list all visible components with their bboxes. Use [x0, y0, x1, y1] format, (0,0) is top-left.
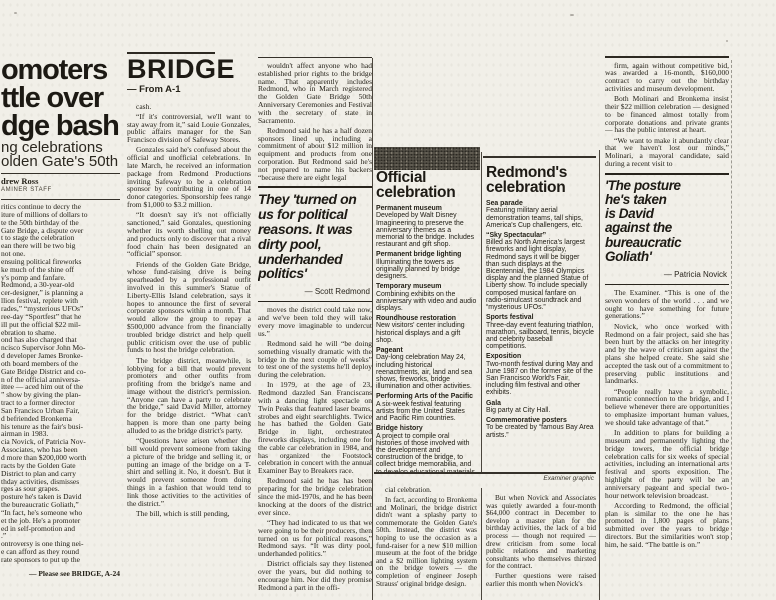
body-paragraph: “It doesn't say it's not officially sanc… — [127, 211, 251, 258]
graphic-item-title: Gala — [486, 400, 594, 407]
pull-quote-text: They 'turned on us for political reasons… — [258, 192, 372, 281]
graphic-item-desc: Illuminating the towers as originally pl… — [376, 259, 477, 281]
vertical-rule — [372, 58, 373, 600]
graphic-item-title: Exposition — [486, 353, 594, 360]
graphic-list-item: Permanent museum Developed by Walt Disne… — [376, 205, 477, 248]
body-paragraph: District officials say they listened ove… — [258, 560, 372, 591]
body-paragraph: Gonzales said he's confused about the of… — [127, 146, 251, 208]
body-paragraph: ritics continue to decry the iture of mi… — [1, 203, 120, 258]
graphic-list-item: Permanent bridge lighting Illuminating t… — [376, 251, 477, 280]
body-paragraph: But when Novick and Associates was quiet… — [486, 494, 596, 570]
body-paragraph: Redmond, a 30-year-old cer-designer,” is… — [1, 281, 120, 336]
main-headline: omoters ttle over dge bash — [1, 56, 120, 140]
graphic-item-title: Sea parade — [486, 200, 594, 207]
graphic-item-title: Permanent bridge lighting — [376, 251, 477, 258]
body-paragraph: Further questions were raised earlier th… — [486, 572, 596, 587]
pull-quote-novick: 'The posture he's taken is David against… — [605, 173, 729, 285]
pull-quote-attribution: — Scott Redmond — [258, 287, 370, 296]
body-paragraph: cash. — [127, 103, 251, 111]
body-paragraph: Redmond said he has has been preparing f… — [258, 477, 372, 516]
body-paragraph: firm, again without competitive bid, was… — [605, 62, 729, 93]
byline: drew Ross — [1, 177, 120, 186]
body-paragraph: ensuing political fireworks ke much of t… — [1, 258, 120, 282]
body-paragraph: Novick, who once worked with Redmond on … — [605, 323, 729, 385]
graphic-item-desc: Featuring military aerial demonstration … — [486, 207, 594, 229]
graphic-item-list: Sea parade Featuring military aerial dem… — [486, 200, 594, 439]
pull-quote-attribution: — Patricia Novick — [605, 270, 727, 279]
column-body-upper: firm, again without competitive bid, was… — [605, 62, 729, 168]
pull-quote-text: 'The posture he's taken is David against… — [605, 179, 729, 264]
scan-speck — [14, 12, 17, 14]
pull-quote-redmond: They 'turned on us for political reasons… — [258, 186, 372, 302]
body-paragraph: The bridge district, meanwhile, is lobby… — [127, 357, 251, 435]
body-paragraph: ontroversy is one thing nei- e can affor… — [1, 540, 120, 564]
body-paragraph: “People really have a symbolic, romantic… — [605, 388, 729, 427]
graphic-list-item: Temporary museum Combining exhibits on t… — [376, 283, 477, 312]
body-paragraph: “If it's controversial, we'll want to st… — [127, 113, 251, 144]
graphic-item-desc: Day-long celebration May 24, including h… — [376, 354, 477, 390]
column-body-lower: The Examiner. “This is one of the seven … — [605, 289, 729, 549]
graphic-item-list: Permanent museum Developed by Walt Disne… — [376, 205, 477, 472]
graphic-item-title: “Sky Spectacular” — [486, 232, 594, 239]
graphic-heading-official: Official celebration — [376, 171, 477, 200]
graphic-item-desc: Combining exhibits on the anniversary wi… — [376, 291, 477, 313]
headline-deck: ng celebrations olden Gate's 50th — [1, 141, 120, 168]
vertical-rule — [599, 150, 600, 600]
graphic-list-item: Sea parade Featuring military aerial dem… — [486, 200, 594, 229]
graphic-list-item: Exposition Two-month festival during May… — [486, 353, 594, 396]
body-paragraph: “We want to make it abundantly clear tha… — [605, 137, 729, 168]
body-paragraph: wouldn't affect anyone who had establish… — [258, 62, 372, 124]
graphic-item-title: Bridge history — [376, 425, 477, 432]
graphic-item-desc: To be created by “famous Bay Area artist… — [486, 424, 594, 438]
body-paragraph: According to Redmond, the official plan … — [605, 502, 729, 549]
body-paragraph: posture he's taken is David the bureaucr… — [1, 493, 120, 540]
body-paragraph: In fact, according to Bronkema and Molin… — [376, 496, 477, 587]
byline-organization: AMINER STAFF — [1, 187, 120, 194]
article-column: wouldn't affect anyone who had establish… — [258, 57, 372, 600]
vertical-rule — [481, 152, 482, 472]
graphic-item-title: Permanent museum — [376, 205, 477, 212]
body-paragraph: In 1979, at the age of 23, Redmond dazzl… — [258, 381, 372, 475]
body-paragraph: “Questions have arisen whether the bill … — [127, 437, 251, 507]
body-paragraph: The bill, which is still pending, — [127, 510, 251, 518]
graphic-item-title: Temporary museum — [376, 283, 477, 290]
body-paragraph: Both Molinari and Bronkema insist their … — [605, 95, 729, 134]
horizontal-rule — [605, 56, 729, 58]
body-paragraph: ond has also charged that ncisco Supervi… — [1, 336, 120, 438]
newspaper-page: omoters ttle over dge bash ng celebratio… — [0, 0, 776, 600]
graphic-official-celebration: Official celebration Permanent museum De… — [376, 171, 477, 472]
body-paragraph: cial celebration. — [376, 486, 477, 494]
scan-speck — [570, 14, 574, 16]
graphic-list-item: Commemorative posters To be created by “… — [486, 417, 594, 439]
body-paragraph: Redmond said he has a half dozen sponsor… — [258, 127, 372, 182]
column-five-continuation: But when Novick and Associates was quiet… — [486, 494, 596, 600]
jump-from-line: — From A-1 — [127, 85, 251, 95]
body-paragraph: cia Novick, of Patricia Nov- Associates,… — [1, 438, 120, 493]
graphic-item-title: Pageant — [376, 347, 477, 354]
graphic-item-title: Roundhouse restoration — [376, 315, 477, 322]
graphic-item-title: Sports festival — [486, 314, 594, 321]
graphic-redmond-celebration: Redmond's celebration Sea parade Featuri… — [486, 166, 594, 466]
column-body: ritics continue to decry the iture of mi… — [1, 203, 120, 564]
jump-article-column: BRIDGE — From A-1 cash.“If it's controve… — [127, 52, 251, 600]
lead-article-column: omoters ttle over dge bash ng celebratio… — [1, 56, 120, 600]
body-paragraph: The Examiner. “This is one of the seven … — [605, 289, 729, 320]
horizontal-rule — [1, 199, 120, 200]
graphic-item-desc: A project to compile oral histories of t… — [376, 433, 477, 472]
graphic-credit: Examiner graphic — [470, 475, 594, 483]
graphic-item-desc: Big party at City Hall. — [486, 407, 594, 414]
column-body: cash.“If it's controversial, we'll want … — [127, 103, 251, 518]
graphic-list-item: Pageant Day-long celebration May 24, inc… — [376, 347, 477, 390]
column-body-upper: wouldn't affect anyone who had establish… — [258, 62, 372, 181]
graphic-item-desc: A six-week festival featuring artists fr… — [376, 401, 477, 423]
horizontal-rule — [483, 156, 596, 158]
column-four-continuation: cial celebration.In fact, according to B… — [376, 486, 477, 600]
graphic-list-item: “Sky Spectacular” Billed as North Americ… — [486, 232, 594, 311]
body-paragraph: Friends of the Golden Gate Bridge, whose… — [127, 261, 251, 355]
graphic-list-item: Roundhouse restoration New visitors' cen… — [376, 315, 477, 344]
graphic-item-desc: Developed by Walt Disney Imagineering to… — [376, 212, 477, 248]
continuation-line: — Please see BRIDGE, A-24 — [1, 569, 120, 578]
column-body-lower: moves the district could take now, and w… — [258, 306, 372, 591]
body-paragraph: moves the district could take now, and w… — [258, 306, 372, 337]
body-paragraph: In addition to plans for building a muse… — [605, 429, 729, 499]
body-paragraph: “They had indicated to us that we were g… — [258, 519, 372, 558]
graphic-heading-redmond: Redmond's celebration — [486, 166, 594, 195]
vertical-rule-dashed — [731, 60, 733, 540]
horizontal-rule — [374, 472, 596, 474]
vertical-rule — [481, 488, 482, 600]
graphic-item-desc: Three-day event featuring triathlon, mar… — [486, 322, 594, 351]
graphic-item-title: Performing Arts of the Pacific — [376, 393, 477, 400]
horizontal-rule — [1, 173, 120, 174]
horizontal-rule — [258, 57, 372, 58]
bridge-photo-strip — [374, 147, 480, 170]
graphic-list-item: Sports festival Three-day event featurin… — [486, 314, 594, 350]
graphic-item-desc: Billed as North America's largest firewo… — [486, 239, 594, 311]
graphic-item-desc: Two-month festival during May and June 1… — [486, 361, 594, 397]
graphic-item-title: Commemorative posters — [486, 417, 594, 424]
graphic-item-desc: New visitors' center including historica… — [376, 322, 477, 344]
graphic-list-item: Performing Arts of the Pacific A six-wee… — [376, 393, 477, 422]
jump-headline: BRIDGE — [127, 56, 251, 83]
scan-speck — [726, 40, 728, 42]
right-article-column: firm, again without competitive bid, was… — [605, 56, 729, 600]
graphic-list-item: Gala Big party at City Hall. — [486, 400, 594, 415]
graphic-list-item: Bridge history A project to compile oral… — [376, 425, 477, 472]
body-paragraph: Redmond said he will “be doing something… — [258, 340, 372, 379]
